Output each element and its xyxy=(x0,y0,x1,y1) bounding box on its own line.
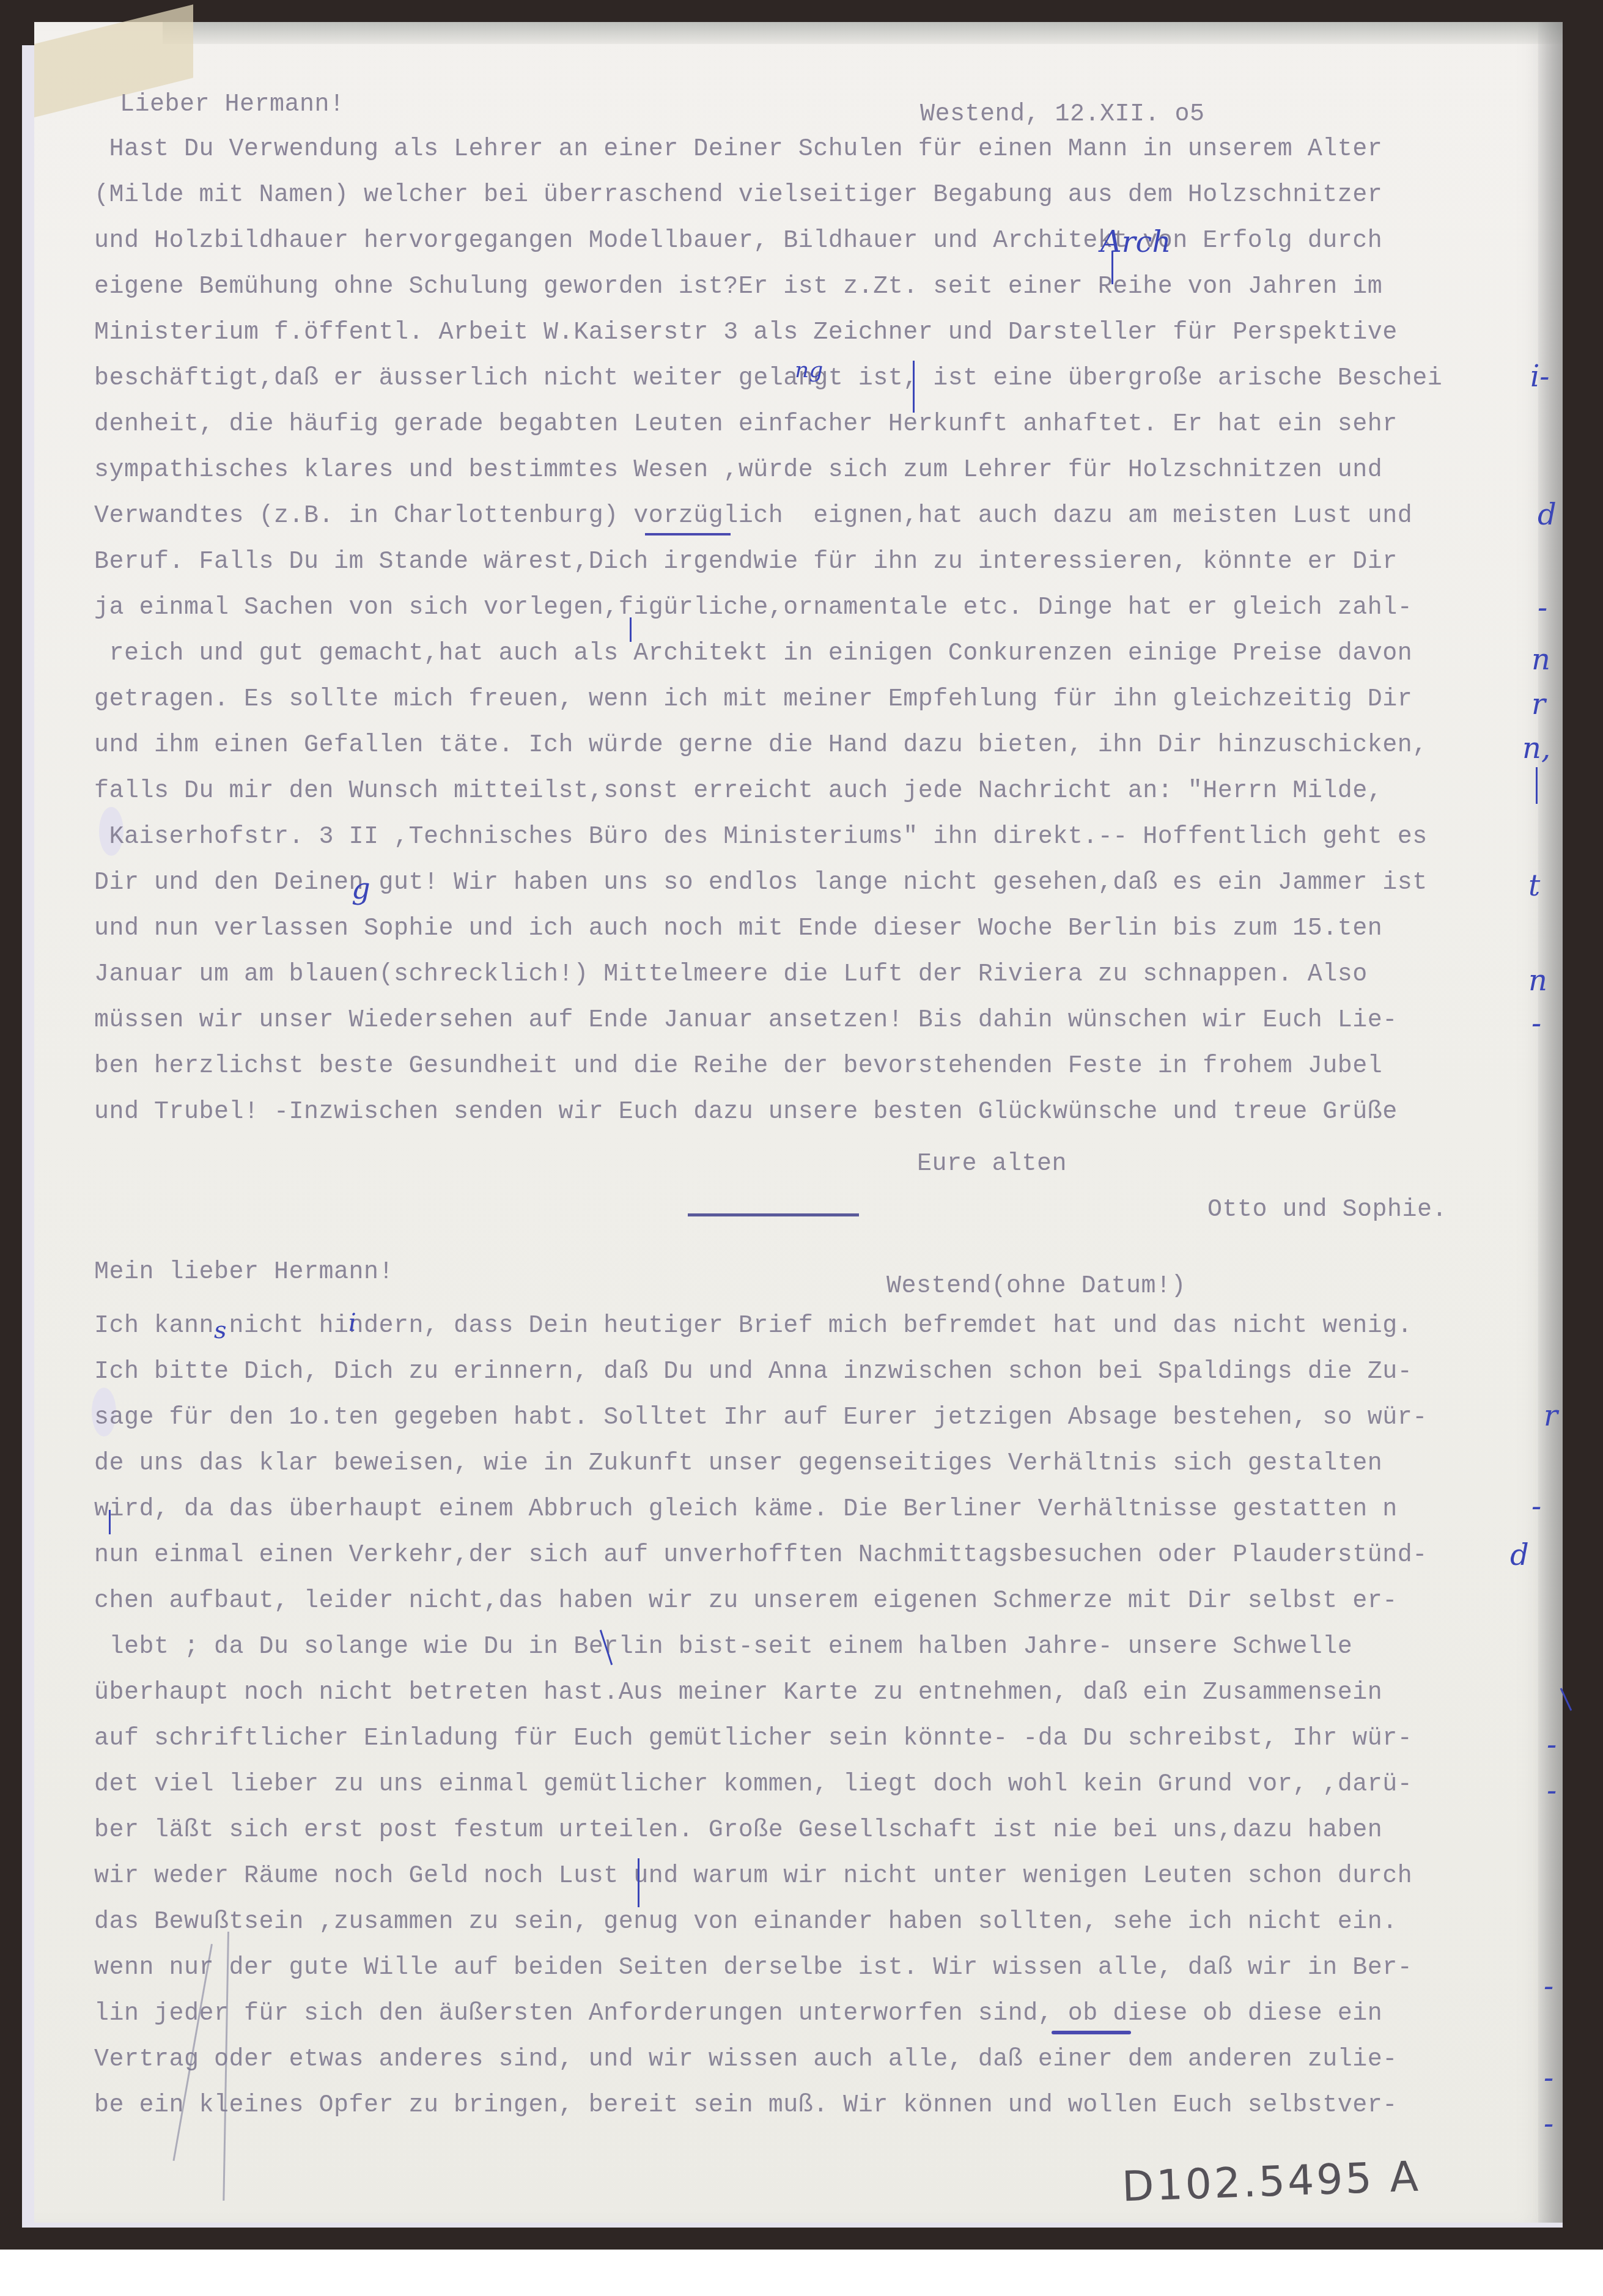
margin-mark-r: r xyxy=(1531,690,1546,719)
correction-d: d xyxy=(1510,1540,1529,1570)
margin-mark-n3: - xyxy=(1531,1492,1541,1521)
letter-separator-line xyxy=(688,1213,859,1216)
margin-mark-dash5: - xyxy=(1544,1971,1553,2001)
correction-ng: ng xyxy=(795,356,823,385)
letter2-salutation: Mein lieber Hermann! xyxy=(94,1260,394,1285)
correction-g: g xyxy=(352,874,370,903)
letter2-line: wird, da das überhaupt einem Abbruch gle… xyxy=(94,1498,1398,1522)
letter2-line: Ich bitte Dich, Dich zu erinnern, daß Du… xyxy=(94,1360,1412,1385)
letter1-dateline: Westend, 12.XII. o5 xyxy=(920,103,1205,127)
letter1-line: Dir und den Deinen gut! Wir haben uns so… xyxy=(94,871,1428,896)
letter1-line: Januar um am blauen(schrecklich!) Mittel… xyxy=(94,963,1368,987)
margin-mark-n: n xyxy=(1531,645,1550,674)
margin-mark-dash4: - xyxy=(1547,1776,1557,1805)
letter2-line: be ein kleines Opfer zu bringen, bereit … xyxy=(94,2094,1398,2118)
paper-right-edge-shadow xyxy=(1538,22,1563,2223)
letter1-line: falls Du mir den Wunsch mitteilst,sonst … xyxy=(94,779,1382,804)
strikethrough-ob-diese xyxy=(1052,2031,1131,2034)
letter1-line: Kaiserhofstr. 3 II ,Technisches Büro des… xyxy=(94,825,1428,850)
letter1-line: Hast Du Verwendung als Lehrer an einer D… xyxy=(94,138,1382,162)
letter2-line: auf schriftlicher Einladung für Euch gem… xyxy=(94,1727,1412,1751)
letter2-line: Vertrag oder etwas anderes sind, und wir… xyxy=(94,2048,1398,2072)
letter2-line: wir weder Räume noch Geld noch Lust und … xyxy=(94,1864,1412,1889)
correction-insert-caret xyxy=(638,1858,639,1907)
letter1-line: beschäftigt,daß er äusserlich nicht weit… xyxy=(94,367,1442,391)
letter1-line: sympathisches klares und bestimmtes Wese… xyxy=(94,458,1382,483)
margin-mark-dash: - xyxy=(1538,593,1547,622)
letter1-line: Verwandtes (z.B. in Charlottenburg) vorz… xyxy=(94,504,1412,529)
letter2-line: det viel lieber zu uns einmal gemütliche… xyxy=(94,1773,1412,1797)
letter2-line: lin jeder für sich den äußersten Anforde… xyxy=(94,2002,1382,2026)
letter2-line: chen aufbaut, leider nicht,das haben wir… xyxy=(94,1589,1398,1614)
letter1-line: ja einmal Sachen von sich vorlegen,figür… xyxy=(94,596,1412,620)
letter1-signature: Otto und Sophie. xyxy=(1207,1198,1447,1223)
letter1-line: Beruf. Falls Du im Stande wärest,Dich ir… xyxy=(94,550,1398,575)
correction-r: r xyxy=(1544,1401,1558,1430)
letter1-salutation: Lieber Hermann! xyxy=(120,93,345,117)
letter2-line: lebt ; da Du solange wie Du in Berlin bi… xyxy=(94,1635,1352,1660)
correction-insert-caret xyxy=(913,361,915,413)
top-tape-strip xyxy=(163,22,1563,44)
margin-mark-dash7: - xyxy=(1544,2109,1553,2138)
correction-i: i xyxy=(348,1308,356,1337)
letter2-line: wenn nur der gute Wille auf beiden Seite… xyxy=(94,1956,1412,1981)
letter1-line: und nun verlassen Sophie und ich auch no… xyxy=(94,917,1382,941)
margin-stroke xyxy=(1536,767,1538,804)
letter1-line: getragen. Es sollte mich freuen, wenn ic… xyxy=(94,688,1412,712)
correction-comma-stroke xyxy=(109,1510,111,1534)
letter1-line: müssen wir unser Wiedersehen auf Ende Ja… xyxy=(94,1009,1398,1033)
letter2-line: sage für den 1o.ten gegeben habt. Sollte… xyxy=(94,1406,1428,1430)
correction-stroke xyxy=(630,617,632,642)
letter2-line: de uns das klar beweisen, wie in Zukunft… xyxy=(94,1452,1382,1476)
margin-mark-dash6: - xyxy=(1544,2063,1553,2092)
letter2-line: nun einmal einen Verkehr,der sich auf un… xyxy=(94,1544,1428,1568)
margin-mark-d: d xyxy=(1538,500,1557,529)
margin-mark-n2: n xyxy=(1528,966,1547,995)
correction-stroke xyxy=(1111,251,1113,284)
margin-mark-i: i- xyxy=(1530,362,1550,391)
letter1-line: eigene Bemühung ohne Schulung geworden i… xyxy=(94,275,1382,300)
letter2-dateline: Westend(ohne Datum!) xyxy=(886,1275,1186,1299)
letter1-line: denheit, die häufig gerade begabten Leut… xyxy=(94,413,1398,437)
underline-vorzueglich xyxy=(645,533,731,535)
letter1-line: (Milde mit Namen) welcher bei überrasche… xyxy=(94,183,1382,208)
letter2-line: das Bewußtsein ,zusammen zu sein, genug … xyxy=(94,1910,1398,1935)
letter2-line: überhaupt noch nicht betreten hast.Aus m… xyxy=(94,1681,1382,1705)
letter2-line: Ich kann nicht hindern, dass Dein heutig… xyxy=(94,1314,1412,1339)
letter1-line: ben herzlichst beste Gesundheit und die … xyxy=(94,1054,1382,1079)
letter2-line: ber läßt sich erst post festum urteilen.… xyxy=(94,1819,1382,1843)
margin-mark-n-comma: n, xyxy=(1522,734,1550,763)
margin-mark-dash2: - xyxy=(1531,1009,1541,1038)
letter1-line: und Holzbildhauer hervorgegangen Modellb… xyxy=(94,229,1382,254)
letter1-line: und ihm einen Gefallen täte. Ich würde g… xyxy=(94,734,1428,758)
letter1-line: reich und gut gemacht,hat auch als Archi… xyxy=(94,642,1412,666)
letter1-line: Ministerium f.öffentl. Arbeit W.Kaiserst… xyxy=(94,321,1398,345)
margin-mark-dash3: - xyxy=(1547,1730,1557,1759)
letter1-line: und Trubel! -Inzwischen senden wir Euch … xyxy=(94,1100,1398,1125)
letter1-closing: Eure alten xyxy=(917,1152,1067,1177)
margin-mark-t: t xyxy=(1528,871,1540,900)
correction-s: s xyxy=(214,1315,227,1345)
